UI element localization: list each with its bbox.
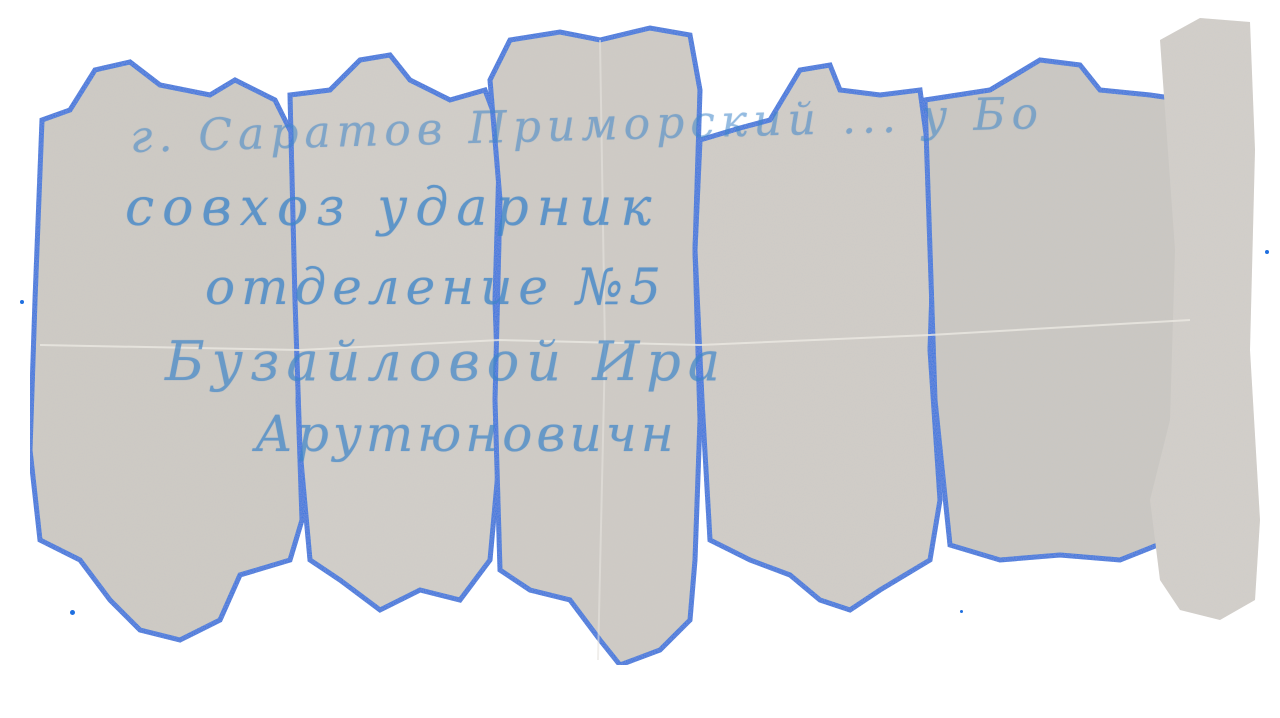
ink-speck <box>70 610 75 615</box>
ink-speck <box>20 300 24 304</box>
address-line-division: отделение №5 <box>205 258 667 316</box>
torn-document-photo: г. Саратов Приморский ... у Бо совхоз уд… <box>0 0 1280 718</box>
ink-speck <box>960 610 963 613</box>
recipient-patronymic: Арутюновичн <box>255 405 678 463</box>
recipient-surname: Бузайловой Ира <box>165 330 727 393</box>
ink-speck <box>1265 250 1269 254</box>
address-line-farm: совхоз ударник <box>125 178 659 238</box>
